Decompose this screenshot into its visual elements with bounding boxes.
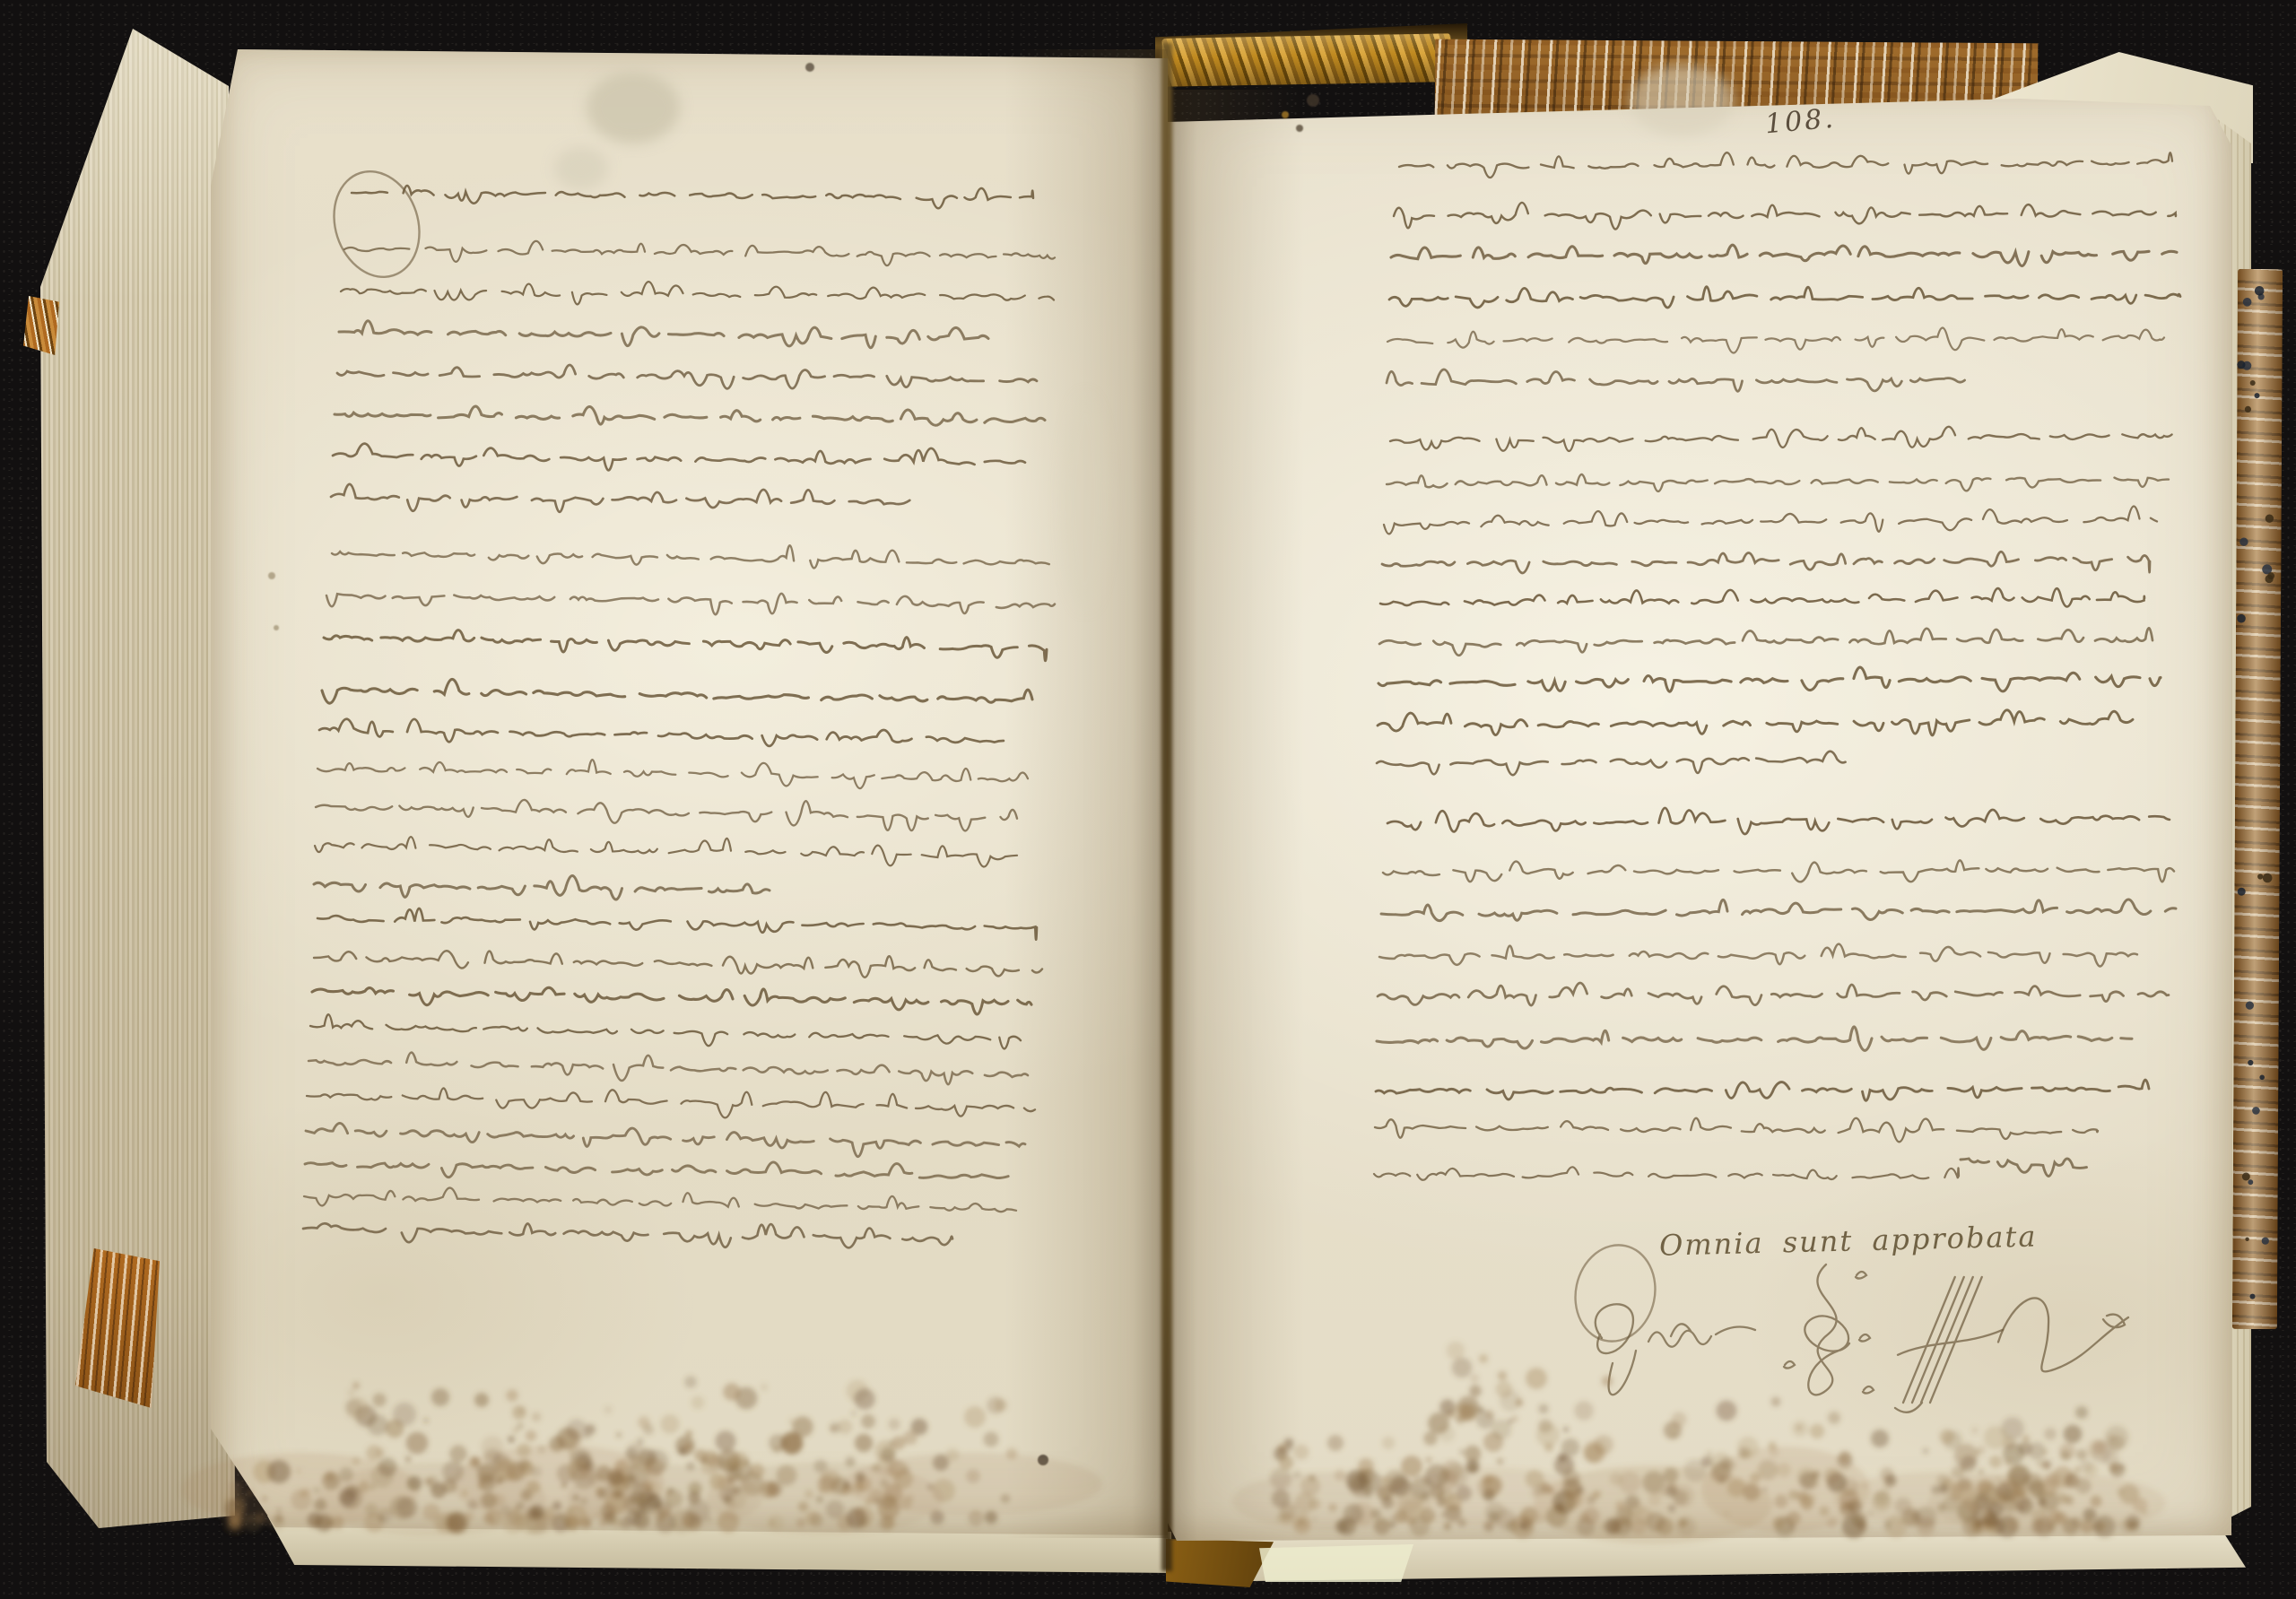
gutter-shadow-left <box>1004 49 1168 1538</box>
folio-number: 108. <box>1764 103 1838 141</box>
open-register-photograph: 108. Omnia sunt approbata <box>0 0 2296 1599</box>
marbled-cover-fragment-left-top <box>23 296 59 355</box>
gutter-centerline <box>1161 43 1172 1571</box>
gutter-shadow-right <box>1168 90 1304 1541</box>
endpaper-sliver-bottom <box>1259 1544 1413 1582</box>
right-page <box>1168 90 2231 1541</box>
gold-headband-weave <box>1162 33 1452 87</box>
marbled-cover-strip-right <box>2232 269 2283 1329</box>
